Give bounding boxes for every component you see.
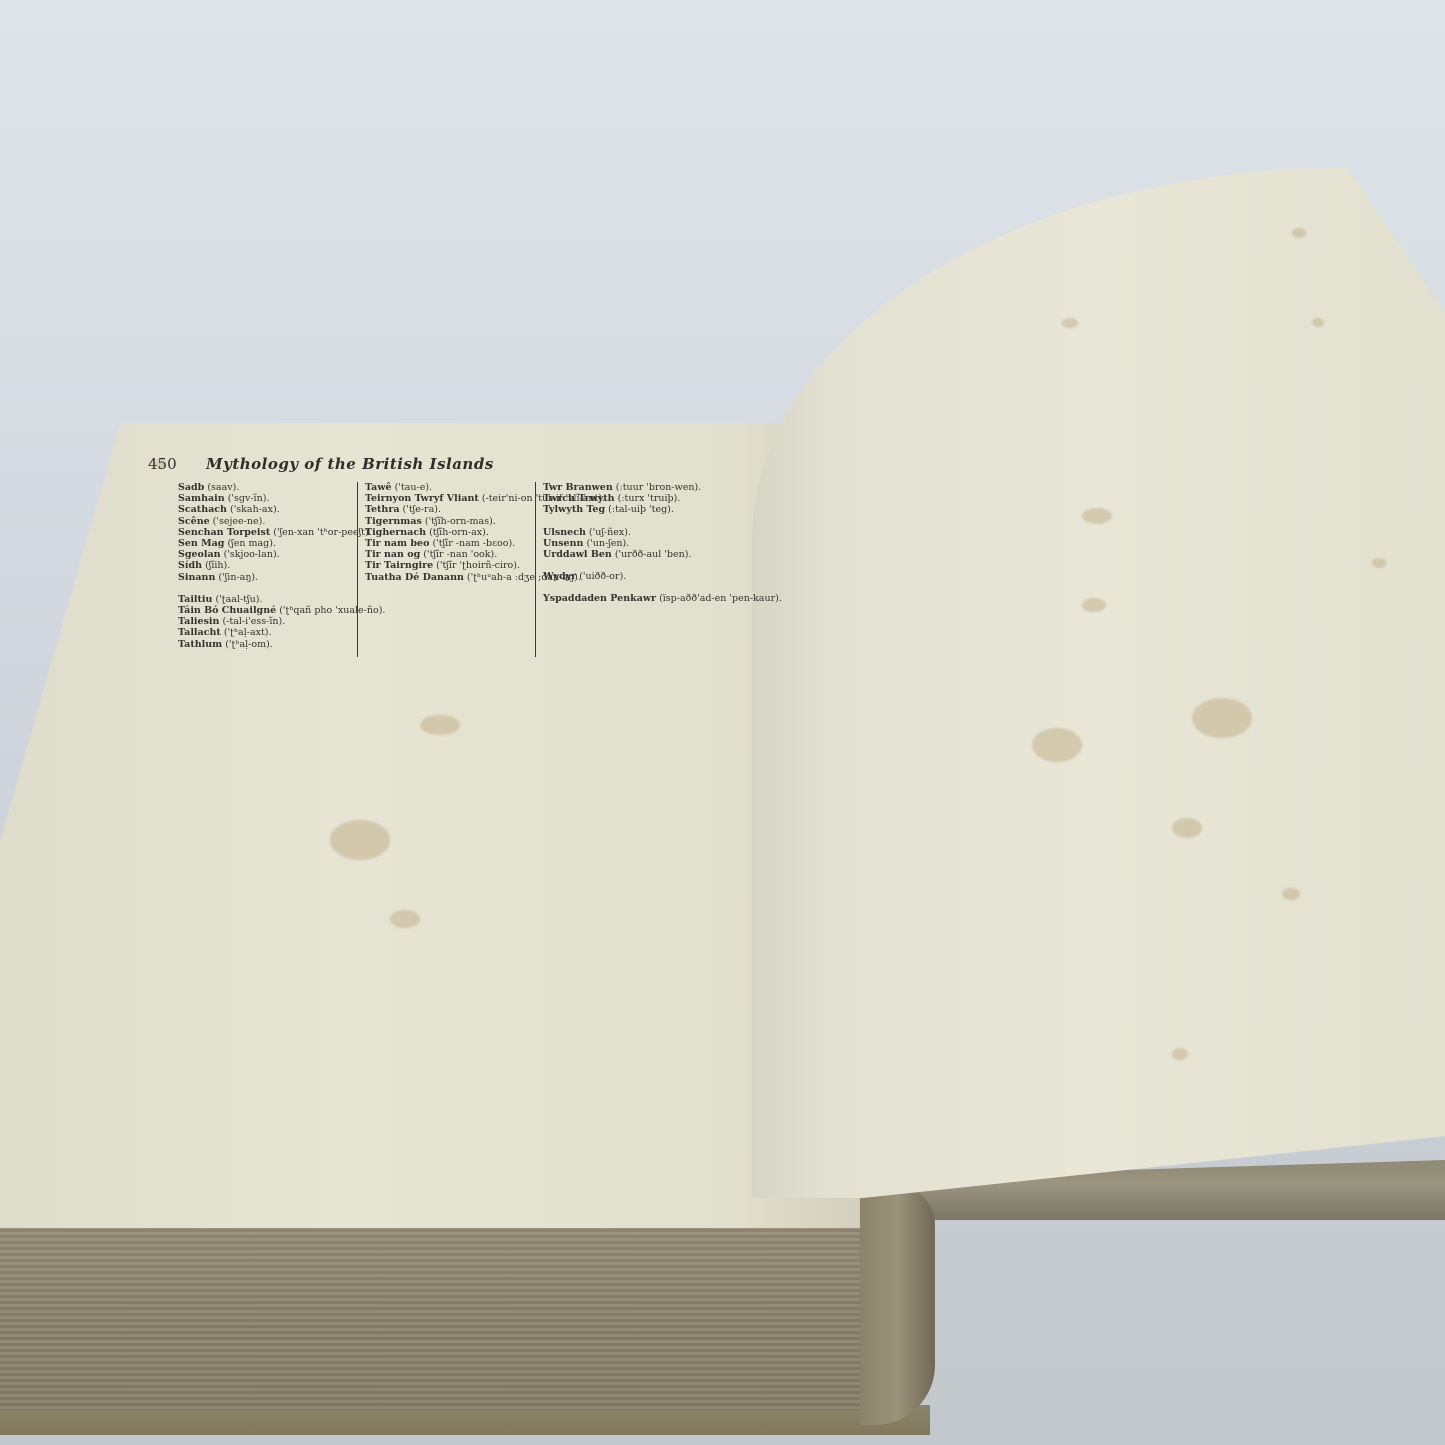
- entry-name: Twr Branwen: [543, 482, 613, 493]
- book-spine: [860, 1185, 935, 1425]
- entry-pronunciation: ('tʃĩr -nam -bɛoo).: [432, 538, 515, 549]
- entry-pronunciation: ('tʃĩr 'ʈhoirñ-ciro).: [436, 560, 520, 571]
- entry-name: Sídh: [178, 560, 202, 571]
- index-entry: Tuatha Dé Danann ('ʈʰuᵘah-a ːdʒe ;dan-aŋ…: [365, 572, 535, 583]
- entry-spacer: [178, 583, 353, 594]
- index-entry: Urddawl Ben ('urðð-aul 'ben).: [543, 549, 713, 560]
- index-entry: Senchan Torpeist ('ʃen-xan 'tʰor-peeʃt).: [178, 527, 353, 538]
- entry-name: Sadb: [178, 482, 204, 493]
- entry-name: Tighernach: [365, 527, 426, 538]
- index-entry: Twrch Trwyth (ːturx 'truiþ).: [543, 493, 713, 504]
- entry-pronunciation: (ːtuur 'bron-wen).: [616, 482, 701, 493]
- entry-name: Tylwyth Teg: [543, 504, 605, 515]
- entry-pronunciation: ('un-ʃen).: [586, 538, 629, 549]
- index-entry: Scêne ('sejee-ne).: [178, 516, 353, 527]
- entry-pronunciation: ('urðð-aul 'ben).: [615, 549, 692, 560]
- running-head: 450 Mythology of the British Islands: [148, 455, 688, 473]
- index-entry: Tethra ('tʃe-ra).: [365, 504, 535, 515]
- entry-name: Teirnyon Twryf Vliant: [365, 493, 479, 504]
- entry-spacer: [543, 560, 713, 571]
- entry-pronunciation: ('uiðð-or).: [579, 571, 626, 582]
- index-entry: Sen Mag (ʃen mag).: [178, 538, 353, 549]
- index-entry: Tallacht ('ʈʰaḷ-axt).: [178, 627, 353, 638]
- foxing-spot: [1082, 598, 1106, 612]
- entry-name: Wydyr: [543, 571, 576, 582]
- entry-name: Tawê: [365, 482, 392, 493]
- foxing-spot: [1282, 888, 1300, 900]
- foxing-spot: [1032, 728, 1082, 762]
- index-entry: Ulsnech ('uʃ-ñex).: [543, 527, 713, 538]
- index-entry: Tigernmas ('tʃĩh-orn-mas).: [365, 516, 535, 527]
- foxing-spot: [1172, 1048, 1188, 1060]
- entry-name: Tallacht: [178, 627, 221, 638]
- entry-name: Samhain: [178, 493, 225, 504]
- index-entry: Sadb (saav).: [178, 482, 353, 493]
- entry-name: Tethra: [365, 504, 399, 515]
- foxing-spot: [1082, 508, 1112, 524]
- entry-name: Scêne: [178, 516, 210, 527]
- entry-pronunciation: (saav).: [207, 482, 239, 493]
- page-edges: [0, 1220, 910, 1410]
- entry-pronunciation: ('ʈaal-tʃu).: [215, 594, 262, 605]
- index-entry: Tighernach (tʃĩh-orn-ax).: [365, 527, 535, 538]
- foxing-spot: [330, 820, 390, 860]
- index-entry: Táin Bó Chuailgné ('ʈʰqañ pho 'xuale-ño)…: [178, 605, 353, 616]
- entry-pronunciation: ('sgv-ĩn).: [228, 493, 270, 504]
- entry-name: Tigernmas: [365, 516, 422, 527]
- entry-pronunciation: ('skjoo-lan).: [224, 549, 280, 560]
- entry-pronunciation: ('tʃĩh-orn-mas).: [425, 516, 496, 527]
- index-entry: Sgeolan ('skjoo-lan).: [178, 549, 353, 560]
- index-entry: Teirnyon Twryf Vliant (-teir'ni-on 'tur-…: [365, 493, 535, 504]
- index-column: Twr Branwen (ːtuur 'bron-wen).Twrch Trwy…: [535, 482, 713, 657]
- index-column: Sadb (saav).Samhain ('sgv-ĩn).Scathach (…: [178, 482, 357, 657]
- entry-pronunciation: ('tau-e).: [395, 482, 432, 493]
- entry-pronunciation: (tʃĩh-orn-ax).: [429, 527, 489, 538]
- entry-name: Taliesin: [178, 616, 219, 627]
- index-entry: Unsenn ('un-ʃen).: [543, 538, 713, 549]
- entry-pronunciation: (ïsp-aðð'ad-en 'pen-kaur).: [659, 593, 782, 604]
- entry-name: Tir Tairngire: [365, 560, 433, 571]
- entry-name: Scathach: [178, 504, 227, 515]
- entry-name: Sen Mag: [178, 538, 224, 549]
- entry-pronunciation: (ʃen mag).: [227, 538, 276, 549]
- entry-name: Senchan Torpeist: [178, 527, 270, 538]
- entry-name: Unsenn: [543, 538, 583, 549]
- entry-name: Tir nan og: [365, 549, 420, 560]
- entry-pronunciation: (-tal-i'ess-ĩn).: [222, 616, 285, 627]
- entry-pronunciation: (ʃĩih).: [205, 560, 230, 571]
- entry-pronunciation: ('uʃ-ñex).: [589, 527, 631, 538]
- entry-pronunciation: (ːtal-uiþ 'teg).: [608, 504, 674, 515]
- book-photo: 450 Mythology of the British Islands Sad…: [0, 0, 1445, 1445]
- foxing-spot: [1372, 558, 1386, 568]
- entry-pronunciation: ('tʃĩr -nan 'ook).: [423, 549, 497, 560]
- foxing-spot: [1172, 818, 1202, 838]
- foxing-spot: [1192, 698, 1252, 738]
- index-entry: Tylwyth Teg (ːtal-uiþ 'teg).: [543, 504, 713, 515]
- index-entry: Tir nan og ('tʃĩr -nan 'ook).: [365, 549, 535, 560]
- entry-name: Yspaddaden Penkawr: [543, 593, 656, 604]
- entry-name: Sinann: [178, 572, 215, 583]
- index-entry: Scathach ('skah-ax).: [178, 504, 353, 515]
- foxing-spot: [1312, 318, 1324, 327]
- index-entry: Tir Tairngire ('tʃĩr 'ʈhoirñ-ciro).: [365, 560, 535, 571]
- entry-name: Urddawl Ben: [543, 549, 612, 560]
- index-entry: Twr Branwen (ːtuur 'bron-wen).: [543, 482, 713, 493]
- index-entry: Tawê ('tau-e).: [365, 482, 535, 493]
- foxing-spot: [1292, 228, 1306, 238]
- index-entry: Samhain ('sgv-ĩn).: [178, 493, 353, 504]
- index-entry: Tir nam beo ('tʃĩr -nam -bɛoo).: [365, 538, 535, 549]
- entry-name: Twrch Trwyth: [543, 493, 615, 504]
- pronunciation-index: Sadb (saav).Samhain ('sgv-ĩn).Scathach (…: [178, 482, 698, 657]
- page-number: 450: [148, 455, 206, 473]
- index-entry: Tathlum ('ʈʰaḷ-om).: [178, 639, 353, 650]
- entry-spacer: [543, 516, 713, 527]
- index-entry: Yspaddaden Penkawr (ïsp-aðð'ad-en 'pen-k…: [543, 593, 713, 604]
- entry-spacer: [543, 582, 713, 593]
- entry-name: Tir nam beo: [365, 538, 429, 549]
- entry-pronunciation: ('tʃe-ra).: [403, 504, 441, 515]
- index-entry: Taliesin (-tal-i'ess-ĩn).: [178, 616, 353, 627]
- foxing-spot: [420, 715, 460, 735]
- entry-name: Táin Bó Chuailgné: [178, 605, 276, 616]
- index-entry: Sinann ('ʃin-aŋ).: [178, 572, 353, 583]
- entry-name: Sgeolan: [178, 549, 221, 560]
- entry-pronunciation: ('ʈʰaḷ-axt).: [224, 627, 272, 638]
- entry-name: Tailtiu: [178, 594, 212, 605]
- entry-name: Ulsnech: [543, 527, 586, 538]
- index-entry: Sídh (ʃĩih).: [178, 560, 353, 571]
- foxing-spot: [390, 910, 420, 928]
- entry-pronunciation: (ːturx 'truiþ).: [618, 493, 681, 504]
- entry-name: Tathlum: [178, 639, 222, 650]
- index-entry: Tailtiu ('ʈaal-tʃu).: [178, 594, 353, 605]
- index-entry: Wydyr ('uiðð-or).: [543, 571, 713, 582]
- foxing-spot: [1062, 318, 1078, 328]
- running-title: Mythology of the British Islands: [206, 455, 494, 473]
- entry-pronunciation: ('skah-ax).: [230, 504, 280, 515]
- entry-name: Tuatha Dé Danann: [365, 572, 464, 583]
- index-column: Tawê ('tau-e).Teirnyon Twryf Vliant (-te…: [357, 482, 535, 657]
- entry-pronunciation: ('ʈʰaḷ-om).: [225, 639, 273, 650]
- right-page: [752, 168, 1445, 1198]
- entry-pronunciation: ('ʃin-aŋ).: [218, 572, 258, 583]
- entry-pronunciation: ('sejee-ne).: [213, 516, 266, 527]
